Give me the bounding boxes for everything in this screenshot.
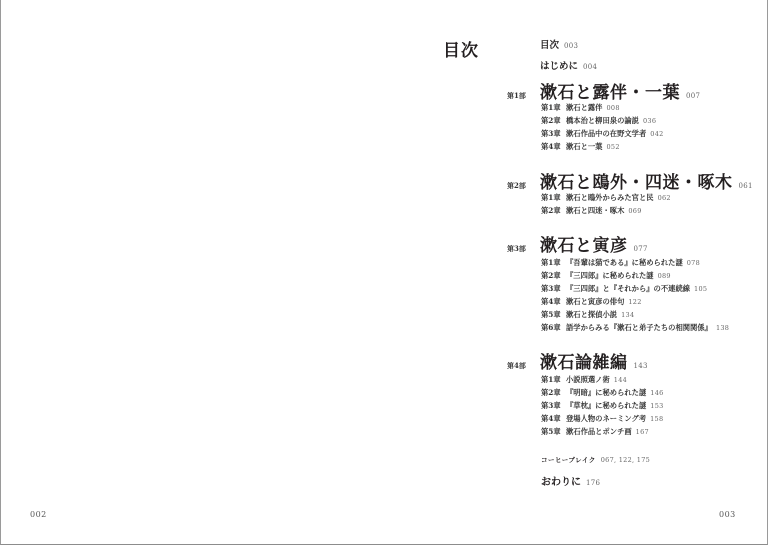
toc-part-1[interactable]: 第1部 漱石と露伴・一葉 007 bbox=[507, 78, 700, 103]
chapter-page-number: 089 bbox=[658, 272, 671, 280]
toc-chapter[interactable]: 第3章 『草枕』に秘められた謎 153 bbox=[541, 401, 664, 411]
chapter-label: 第1章 bbox=[541, 193, 566, 203]
chapter-title: 小説照選ノ術 bbox=[566, 375, 610, 385]
chapter-title: 『草枕』に秘められた謎 bbox=[566, 401, 646, 411]
part-page-number: 143 bbox=[634, 362, 648, 370]
chapter-page-number: 062 bbox=[658, 194, 671, 202]
entry-page-number: 176 bbox=[586, 479, 600, 487]
toc-part-4[interactable]: 第4部 漱石論雑編 143 bbox=[507, 348, 648, 373]
chapter-title: 漱石と一葉 bbox=[566, 142, 602, 152]
part-page-number: 061 bbox=[739, 182, 753, 190]
book-spread: 002 003 目次 目次 003 はじめに 004 第1部 漱石と露伴・一葉 … bbox=[0, 0, 768, 545]
chapter-page-number: 144 bbox=[614, 376, 627, 384]
chapter-page-number: 036 bbox=[643, 117, 656, 125]
toc-heading: 目次 bbox=[443, 36, 479, 61]
chapter-page-number: 138 bbox=[716, 324, 729, 332]
chapter-page-number: 008 bbox=[606, 104, 619, 112]
chapter-title: 橋本治と柳田泉の論説 bbox=[566, 116, 639, 126]
part-title: 漱石論雑編 bbox=[540, 348, 628, 373]
chapter-page-number: 153 bbox=[650, 402, 663, 410]
chapter-page-number: 078 bbox=[687, 259, 700, 267]
chapter-title: 漱石と露伴 bbox=[566, 103, 602, 113]
chapter-label: 第2章 bbox=[541, 271, 566, 281]
part-title: 漱石と露伴・一葉 bbox=[540, 78, 680, 103]
chapter-title: 漱石作品中の在野文学者 bbox=[566, 129, 646, 139]
chapter-page-number: 052 bbox=[606, 143, 619, 151]
toc-entry-contents[interactable]: 目次 003 bbox=[540, 37, 578, 51]
toc-chapter[interactable]: 第1章 漱石と露伴 008 bbox=[541, 103, 620, 113]
toc-chapter[interactable]: 第2章 漱石と四迷・啄木 069 bbox=[541, 206, 642, 216]
chapter-label: 第3章 bbox=[541, 401, 566, 411]
chapter-label: 第6章 bbox=[541, 323, 566, 333]
toc-chapter[interactable]: 第2章 『明暗』に秘められた謎 146 bbox=[541, 388, 664, 398]
chapter-page-number: 042 bbox=[650, 130, 663, 138]
entry-page-number: 004 bbox=[583, 63, 597, 71]
chapter-label: 第1章 bbox=[541, 103, 566, 113]
toc-entry-introduction[interactable]: はじめに 004 bbox=[540, 58, 597, 72]
left-page: 002 bbox=[0, 0, 384, 545]
toc-entry-afterword[interactable]: おわりに 176 bbox=[541, 473, 600, 488]
toc-chapter[interactable]: 第1章 『吾輩は猫である』に秘められた謎 078 bbox=[541, 258, 700, 268]
chapter-page-number: 122 bbox=[628, 298, 641, 306]
chapter-label: 第2章 bbox=[541, 388, 566, 398]
toc-chapter[interactable]: 第5章 漱石と探偵小説 134 bbox=[541, 310, 634, 320]
chapter-label: 第3章 bbox=[541, 129, 566, 139]
entry-page-numbers: 067, 122, 175 bbox=[601, 456, 650, 464]
toc-chapter[interactable]: 第4章 漱石と寅彦の俳句 122 bbox=[541, 297, 642, 307]
chapter-label: 第5章 bbox=[541, 310, 566, 320]
entry-title: 目次 bbox=[540, 37, 559, 51]
chapter-label: 第2章 bbox=[541, 116, 566, 126]
chapter-page-number: 146 bbox=[650, 389, 663, 397]
chapter-label: 第4章 bbox=[541, 297, 566, 307]
entry-page-number: 003 bbox=[564, 42, 578, 50]
chapter-label: 第4章 bbox=[541, 142, 566, 152]
part-title: 漱石と鴎外・四迷・啄木 bbox=[540, 168, 733, 193]
toc-chapter[interactable]: 第6章 語学からみる『漱石と弟子たちの相関関係』 138 bbox=[541, 323, 729, 333]
chapter-title: 漱石と四迷・啄木 bbox=[566, 206, 624, 216]
chapter-page-number: 105 bbox=[694, 285, 707, 293]
toc-chapter[interactable]: 第3章 漱石作品中の在野文学者 042 bbox=[541, 129, 664, 139]
toc-chapter[interactable]: 第1章 小説照選ノ術 144 bbox=[541, 375, 627, 385]
chapter-title: 漱石と鴎外からみた官と民 bbox=[566, 193, 654, 203]
part-label: 第2部 bbox=[507, 181, 540, 191]
chapter-label: 第3章 bbox=[541, 284, 566, 294]
chapter-label: 第5章 bbox=[541, 427, 566, 437]
chapter-title: 漱石と探偵小説 bbox=[566, 310, 617, 320]
entry-title: はじめに bbox=[540, 58, 578, 72]
entry-title: おわりに bbox=[541, 473, 581, 488]
toc-chapter[interactable]: 第4章 漱石と一葉 052 bbox=[541, 142, 620, 152]
entry-title: コーヒーブレイク bbox=[541, 455, 596, 464]
part-label: 第1部 bbox=[507, 91, 540, 101]
chapter-label: 第1章 bbox=[541, 258, 566, 268]
toc-part-3[interactable]: 第3部 漱石と寅彦 077 bbox=[507, 231, 648, 256]
chapter-title: 『明暗』に秘められた謎 bbox=[566, 388, 646, 398]
chapter-page-number: 167 bbox=[636, 428, 649, 436]
chapter-title: 『吾輩は猫である』に秘められた謎 bbox=[566, 258, 683, 268]
chapter-label: 第2章 bbox=[541, 206, 566, 216]
chapter-title: 漱石と寅彦の俳句 bbox=[566, 297, 624, 307]
part-title: 漱石と寅彦 bbox=[540, 231, 628, 256]
left-page-folio: 002 bbox=[30, 510, 47, 519]
toc-chapter[interactable]: 第2章 『三四郎』に秘められた謎 089 bbox=[541, 271, 671, 281]
right-page-folio: 003 bbox=[719, 510, 736, 519]
chapter-page-number: 158 bbox=[650, 415, 663, 423]
chapter-title: 『三四郎』と『それから』の不連続線 bbox=[566, 284, 690, 294]
chapter-page-number: 134 bbox=[621, 311, 634, 319]
chapter-title: 漱石作品とポンチ画 bbox=[566, 427, 632, 437]
toc-part-2[interactable]: 第2部 漱石と鴎外・四迷・啄木 061 bbox=[507, 168, 753, 193]
part-page-number: 077 bbox=[634, 245, 648, 253]
toc-chapter[interactable]: 第1章 漱石と鴎外からみた官と民 062 bbox=[541, 193, 671, 203]
toc-entry-coffee-break[interactable]: コーヒーブレイク 067, 122, 175 bbox=[541, 455, 650, 464]
toc-chapter[interactable]: 第2章 橋本治と柳田泉の論説 036 bbox=[541, 116, 656, 126]
chapter-title: 登場人物のネーミング考 bbox=[566, 414, 646, 424]
toc-chapter[interactable]: 第3章 『三四郎』と『それから』の不連続線 105 bbox=[541, 284, 707, 294]
toc-chapter[interactable]: 第5章 漱石作品とポンチ画 167 bbox=[541, 427, 649, 437]
part-label: 第4部 bbox=[507, 361, 540, 371]
chapter-page-number: 069 bbox=[628, 207, 641, 215]
chapter-label: 第4章 bbox=[541, 414, 566, 424]
chapter-label: 第1章 bbox=[541, 375, 566, 385]
part-page-number: 007 bbox=[686, 92, 700, 100]
part-label: 第3部 bbox=[507, 244, 540, 254]
chapter-title: 語学からみる『漱石と弟子たちの相関関係』 bbox=[566, 323, 712, 333]
toc-chapter[interactable]: 第4章 登場人物のネーミング考 158 bbox=[541, 414, 663, 424]
chapter-title: 『三四郎』に秘められた謎 bbox=[566, 271, 654, 281]
